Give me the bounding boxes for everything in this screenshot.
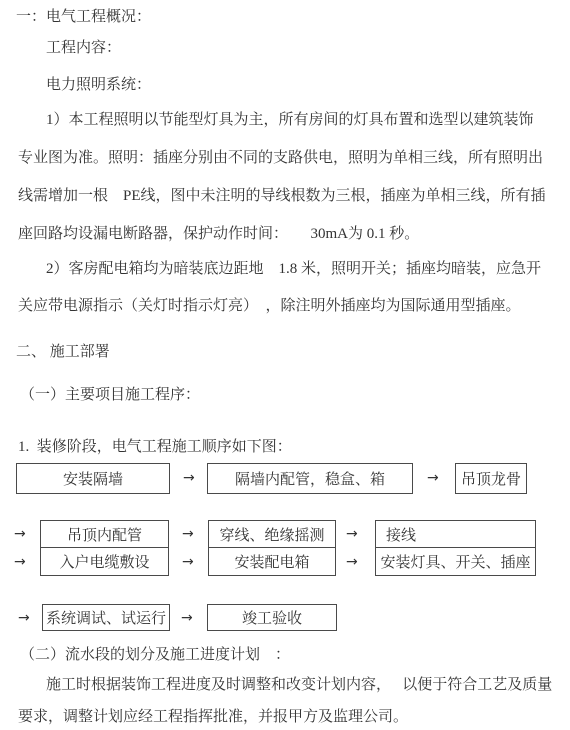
subheading-power-lighting: 电力照明系统：: [46, 75, 151, 95]
flow-step-entry-cable-laying: 入户电缆敷设: [40, 547, 169, 576]
paragraph-line: 线需增加一根 PE线，图中未注明的导线根数为三根，插座为单相三线，所有插: [18, 186, 546, 206]
arrow-right-icon: →: [182, 525, 194, 543]
section-heading-2: 二、 施工部署: [16, 342, 110, 362]
arrow-right-icon: →: [182, 553, 194, 571]
arrow-right-icon: →: [14, 553, 26, 571]
flow-step-wire-pulling-test: 穿线、绝缘摇测: [208, 520, 336, 548]
arrow-right-icon: →: [14, 525, 26, 543]
flow-step-conduit-in-partition: 隔墙内配管，稳盒、箱: [207, 463, 413, 494]
flow-step-system-commissioning: 系统调试、试运行: [42, 604, 170, 631]
paragraph-line: 施工时根据装饰工程进度及时调整和改变计划内容， 以便于符合工艺及质量: [46, 675, 552, 695]
paragraph-line: 2）客房配电箱均为暗装底边距地 1.8 米，照明开关；插座均暗装，应急开: [46, 259, 541, 279]
paragraph-line: 要求，调整计划应经工程指挥批准，并报甲方及监理公司。: [18, 707, 408, 727]
subsection-heading-2: （二）流水段的划分及施工进度计划 ：: [20, 645, 290, 665]
paragraph-line: 座回路均设漏电断路器，保护动作时间： 30mA为 0.1 秒。: [18, 224, 419, 244]
arrow-right-icon: →: [18, 609, 30, 627]
flow-step-install-fixtures: 安装灯具、开关、插座: [375, 547, 536, 576]
flow-step-wiring: 接线: [375, 520, 536, 548]
arrow-right-icon: →: [427, 469, 439, 487]
flow-step-ceiling-keel: 吊顶龙骨: [455, 463, 527, 494]
paragraph-line: 关应带电源指示（关灯时指示灯亮） ，除注明外插座均为国际通用型插座。: [18, 296, 521, 316]
paragraph-line: 1）本工程照明以节能型灯具为主，所有房间的灯具布置和选型以建筑装饰: [46, 110, 534, 130]
arrow-right-icon: →: [346, 525, 358, 543]
arrow-right-icon: →: [181, 609, 193, 627]
paragraph-line: 专业图为准。照明：插座分别由不同的支路供电，照明为单相三线，所有照明出: [18, 148, 543, 168]
subheading-project-content: 工程内容：: [46, 38, 121, 58]
flow-step-install-partition: 安装隔墙: [16, 463, 170, 494]
list-item-1: 1. 装修阶段，电气工程施工顺序如下图：: [18, 437, 292, 457]
flow-step-completion-acceptance: 竣工验收: [207, 604, 337, 631]
arrow-right-icon: →: [346, 553, 358, 571]
flow-step-install-distribution-box: 安装配电箱: [208, 547, 336, 576]
subsection-heading-1: （一）主要项目施工程序：: [20, 385, 200, 405]
arrow-right-icon: →: [183, 469, 195, 487]
document-page: 一：电气工程概况： 工程内容： 电力照明系统： 1）本工程照明以节能型灯具为主，…: [0, 0, 570, 730]
section-heading-1: 一：电气工程概况：: [16, 7, 151, 27]
flow-step-ceiling-conduit: 吊顶内配管: [40, 520, 169, 548]
